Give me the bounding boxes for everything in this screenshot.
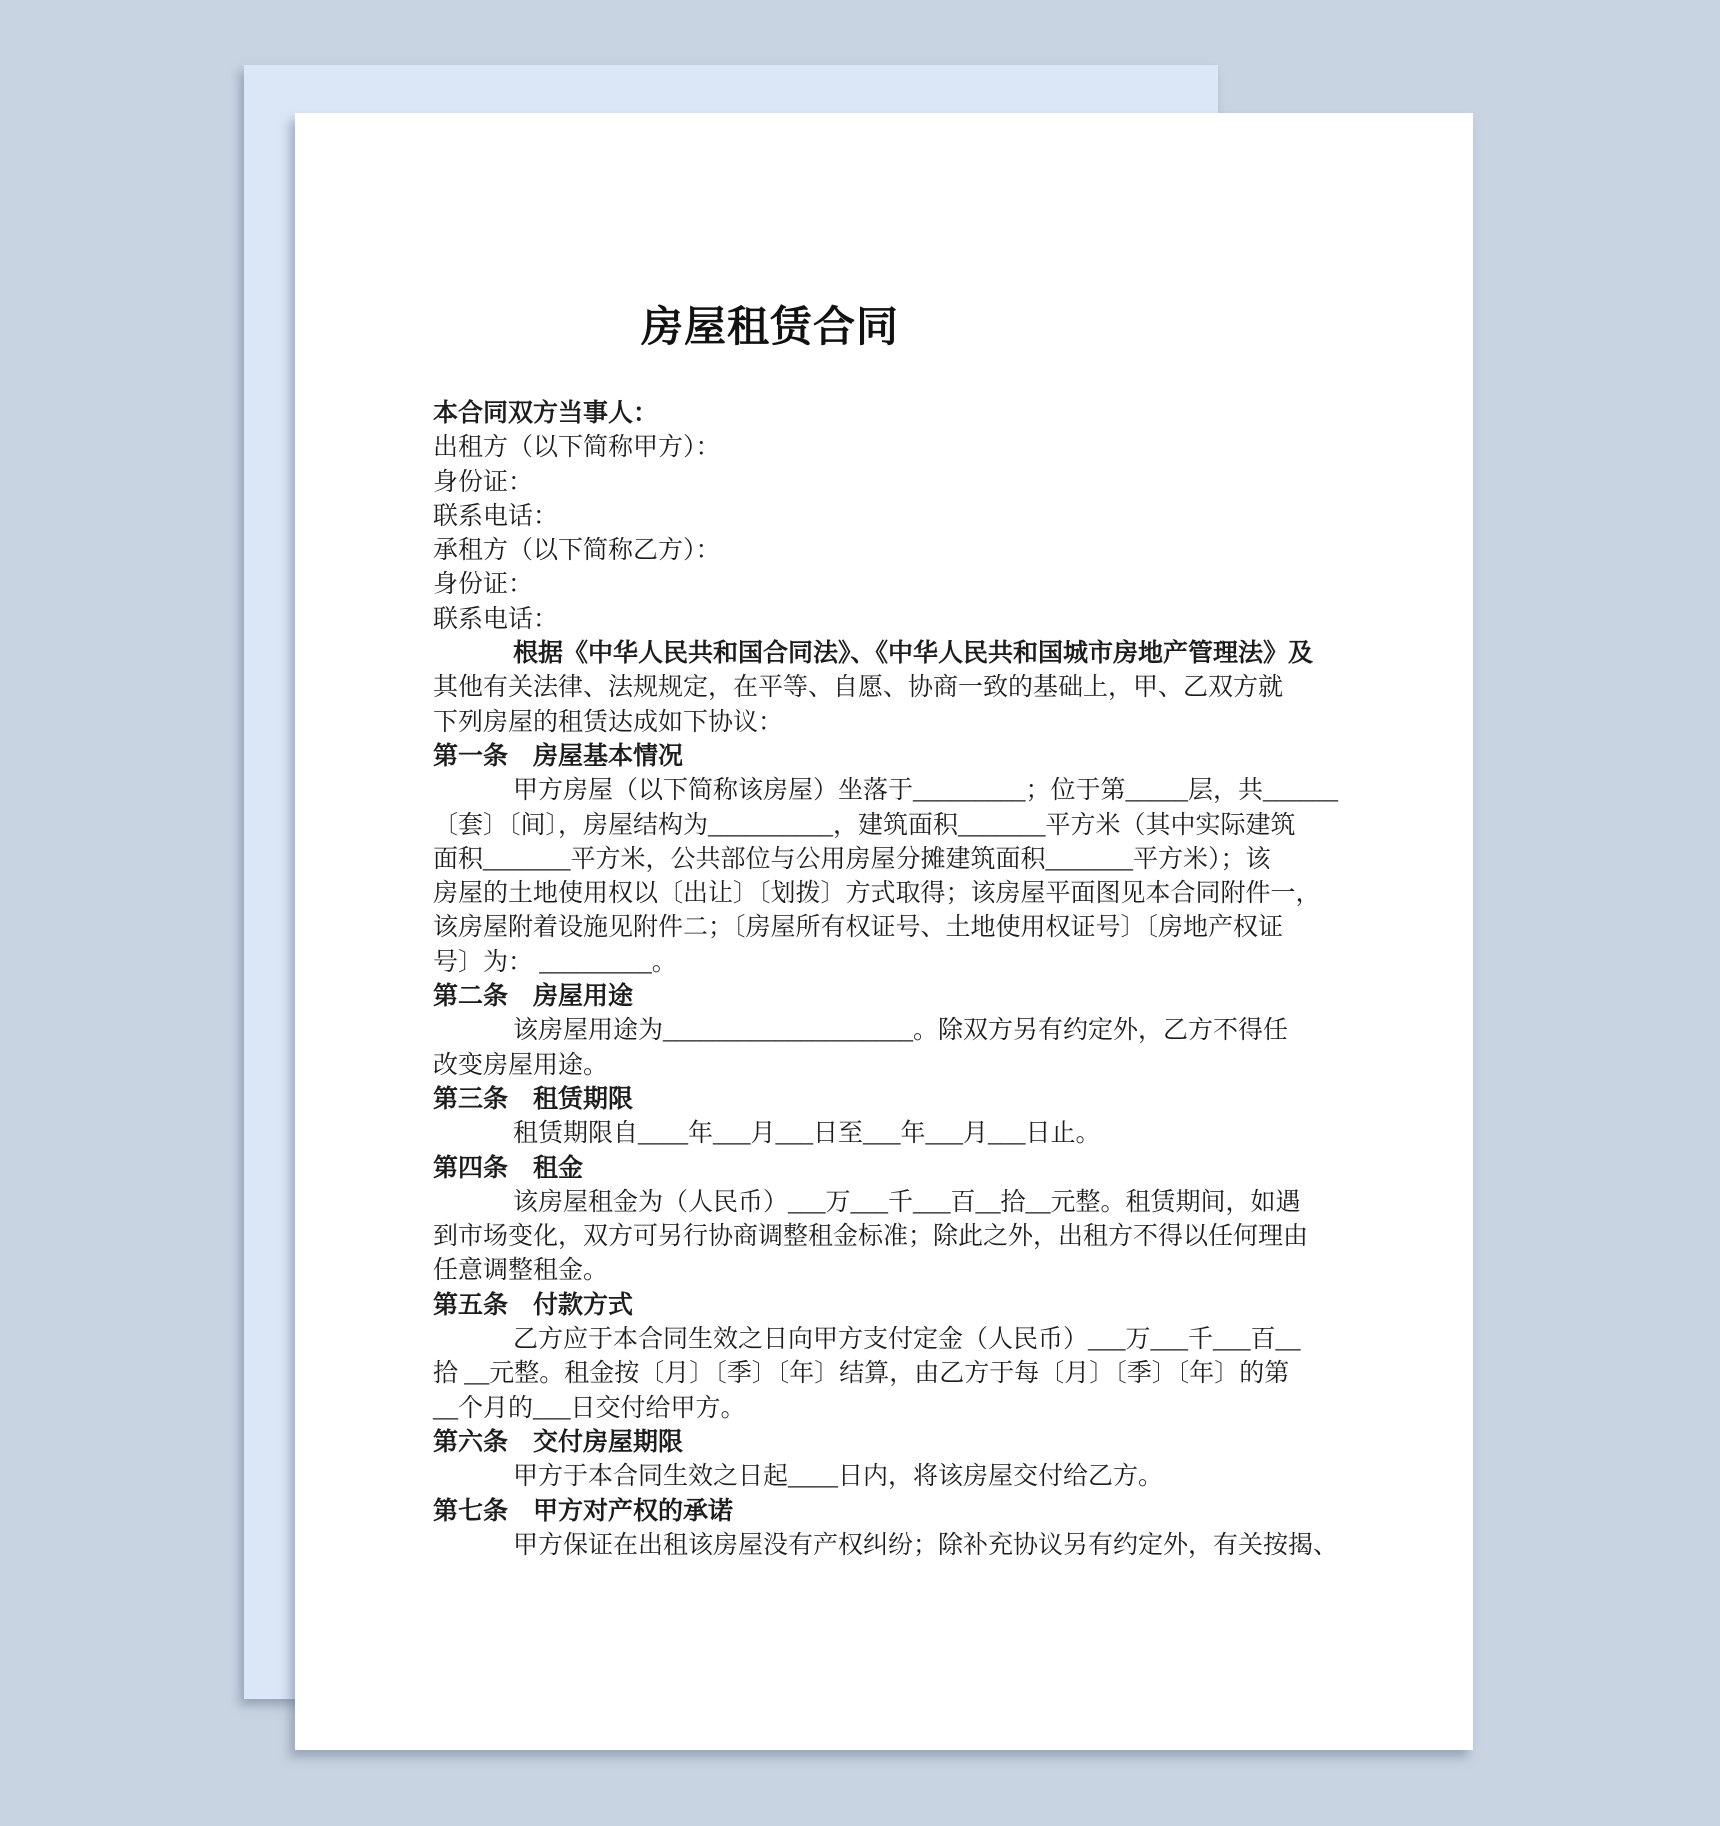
text-run: 到市场变化，双方可另行协商调整租金标准；除此之外，出租方不得以任何理由 [433,1223,1308,1250]
text-run: 联系电话： [433,606,558,633]
document-line: 第三条 租赁期限 [433,1083,1353,1117]
desktop-background: 房屋租赁合同 本合同双方当事人：出租方（以下简称甲方）：身份证：联系电话：承租方… [0,0,1720,1826]
document-line: 该房屋附着设施见附件二；〔房屋所有权证号、土地使用权证号〕〔房地产权证 [433,911,1353,945]
bold-text-run: 第三条 租赁期限 [433,1086,633,1113]
bold-text-run: 第六条 交付房屋期限 [433,1429,683,1456]
bold-text-run: 本合同双方当事人： [433,400,658,427]
document-line: 甲方于本合同生效之日起____日内，将该房屋交付给乙方。 [433,1460,1353,1494]
document-line: 身份证： [433,568,1353,602]
text-run: 身份证： [433,469,533,496]
document-line: 联系电话： [433,603,1353,637]
text-run: 〔套〕〔间〕，房屋结构为__________，建筑面积_______平方米（其中… [433,812,1296,839]
text-run: 出租方（以下简称甲方）： [433,434,721,461]
document-line: 甲方保证在出租该房屋没有产权纠纷；除补充协议另有约定外，有关按揭、 [433,1529,1353,1563]
text-run: 房屋的土地使用权以〔出让〕〔划拨〕方式取得；该房屋平面图见本合同附件一， [433,880,1321,907]
text-run: 甲方保证在出租该房屋没有产权纠纷；除补充协议另有约定外，有关按揭、 [513,1532,1338,1559]
bold-text-run: 第五条 付款方式 [433,1292,633,1319]
document-line: 身份证： [433,466,1353,500]
text-run: 下列房屋的租赁达成如下协议： [433,709,783,736]
text-run: 面积_______平方米，公共部位与公用房屋分摊建筑面积_______平方米）；… [433,846,1271,873]
text-run: 号〕为： _________。 [433,949,677,976]
screenshot-root: { "colors": { "background": "#c9d4e2", "… [0,0,1720,1826]
document-line: __个月的___日交付给甲方。 [433,1392,1353,1426]
text-run: __个月的___日交付给甲方。 [433,1395,746,1422]
document-line: 承租方（以下简称乙方）： [433,534,1353,568]
document-line: 第二条 房屋用途 [433,980,1353,1014]
document-line: 〔套〕〔间〕，房屋结构为__________，建筑面积_______平方米（其中… [433,809,1353,843]
text-run: 甲方于本合同生效之日起____日内，将该房屋交付给乙方。 [513,1463,1163,1490]
document-line: 到市场变化，双方可另行协商调整租金标准；除此之外，出租方不得以任何理由 [433,1220,1353,1254]
text-run: 其他有关法律、法规规定，在平等、自愿、协商一致的基础上，甲、乙双方就 [433,674,1283,701]
bold-text-run: 第七条 甲方对产权的承诺 [433,1498,733,1525]
document-line: 根据《中华人民共和国合同法》、《中华人民共和国城市房地产管理法》及 [433,637,1353,671]
document-line: 下列房屋的租赁达成如下协议： [433,706,1353,740]
document-line: 本合同双方当事人： [433,397,1353,431]
text-run: 该房屋租金为（人民币）___万___千___百__拾__元整。租赁期间，如遇 [513,1189,1301,1216]
page-title: 房屋租赁合同 [295,303,1245,353]
text-run: 承租方（以下简称乙方）： [433,537,721,564]
document-line: 甲方房屋（以下简称该房屋）坐落于_________；位于第_____层，共___… [433,774,1353,808]
bold-text-run: 根据《中华人民共和国合同法》、《中华人民共和国城市房地产管理法》及 [513,640,1313,667]
text-run: 乙方应于本合同生效之日向甲方支付定金（人民币）___万___千___百__ [513,1326,1301,1353]
document-line: 该房屋租金为（人民币）___万___千___百__拾__元整。租赁期间，如遇 [433,1186,1353,1220]
bold-text-run: 第二条 房屋用途 [433,983,633,1010]
document-line: 第六条 交付房屋期限 [433,1426,1353,1460]
document-line: 第五条 付款方式 [433,1289,1353,1323]
document-line: 第七条 甲方对产权的承诺 [433,1495,1353,1529]
document-line: 拾 __元整。租金按〔月〕〔季〕〔年〕结算，由乙方于每〔月〕〔季〕〔年〕的第 [433,1357,1353,1391]
document-line: 第一条 房屋基本情况 [433,740,1353,774]
text-run: 租赁期限自____年___月___日至___年___月___日止。 [513,1120,1101,1147]
document-line: 号〕为： _________。 [433,946,1353,980]
bold-text-run: 第四条 租金 [433,1155,583,1182]
document-line: 改变房屋用途。 [433,1049,1353,1083]
text-run: 甲方房屋（以下简称该房屋）坐落于_________；位于第_____层，共___… [513,777,1338,804]
text-run: 该房屋附着设施见附件二；〔房屋所有权证号、土地使用权证号〕〔房地产权证 [433,914,1283,941]
document-line: 其他有关法律、法规规定，在平等、自愿、协商一致的基础上，甲、乙双方就 [433,671,1353,705]
text-run: 该房屋用途为____________________。除双方另有约定外，乙方不得… [513,1017,1288,1044]
document-line: 面积_______平方米，公共部位与公用房屋分摊建筑面积_______平方米）；… [433,843,1353,877]
bold-text-run: 第一条 房屋基本情况 [433,743,683,770]
contract-page: 房屋租赁合同 本合同双方当事人：出租方（以下简称甲方）：身份证：联系电话：承租方… [295,113,1473,1750]
document-line: 出租方（以下简称甲方）： [433,431,1353,465]
text-run: 身份证： [433,571,533,598]
document-line: 乙方应于本合同生效之日向甲方支付定金（人民币）___万___千___百__ [433,1323,1353,1357]
text-run: 任意调整租金。 [433,1257,608,1284]
document-line: 租赁期限自____年___月___日至___年___月___日止。 [433,1117,1353,1151]
text-run: 拾 __元整。租金按〔月〕〔季〕〔年〕结算，由乙方于每〔月〕〔季〕〔年〕的第 [433,1360,1289,1387]
text-run: 改变房屋用途。 [433,1052,608,1079]
document-line: 该房屋用途为____________________。除双方另有约定外，乙方不得… [433,1014,1353,1048]
document-line: 房屋的土地使用权以〔出让〕〔划拨〕方式取得；该房屋平面图见本合同附件一， [433,877,1353,911]
document-line: 联系电话： [433,500,1353,534]
document-body: 本合同双方当事人：出租方（以下简称甲方）：身份证：联系电话：承租方（以下简称乙方… [433,397,1353,1563]
document-line: 第四条 租金 [433,1152,1353,1186]
document-line: 任意调整租金。 [433,1254,1353,1288]
text-run: 联系电话： [433,503,558,530]
